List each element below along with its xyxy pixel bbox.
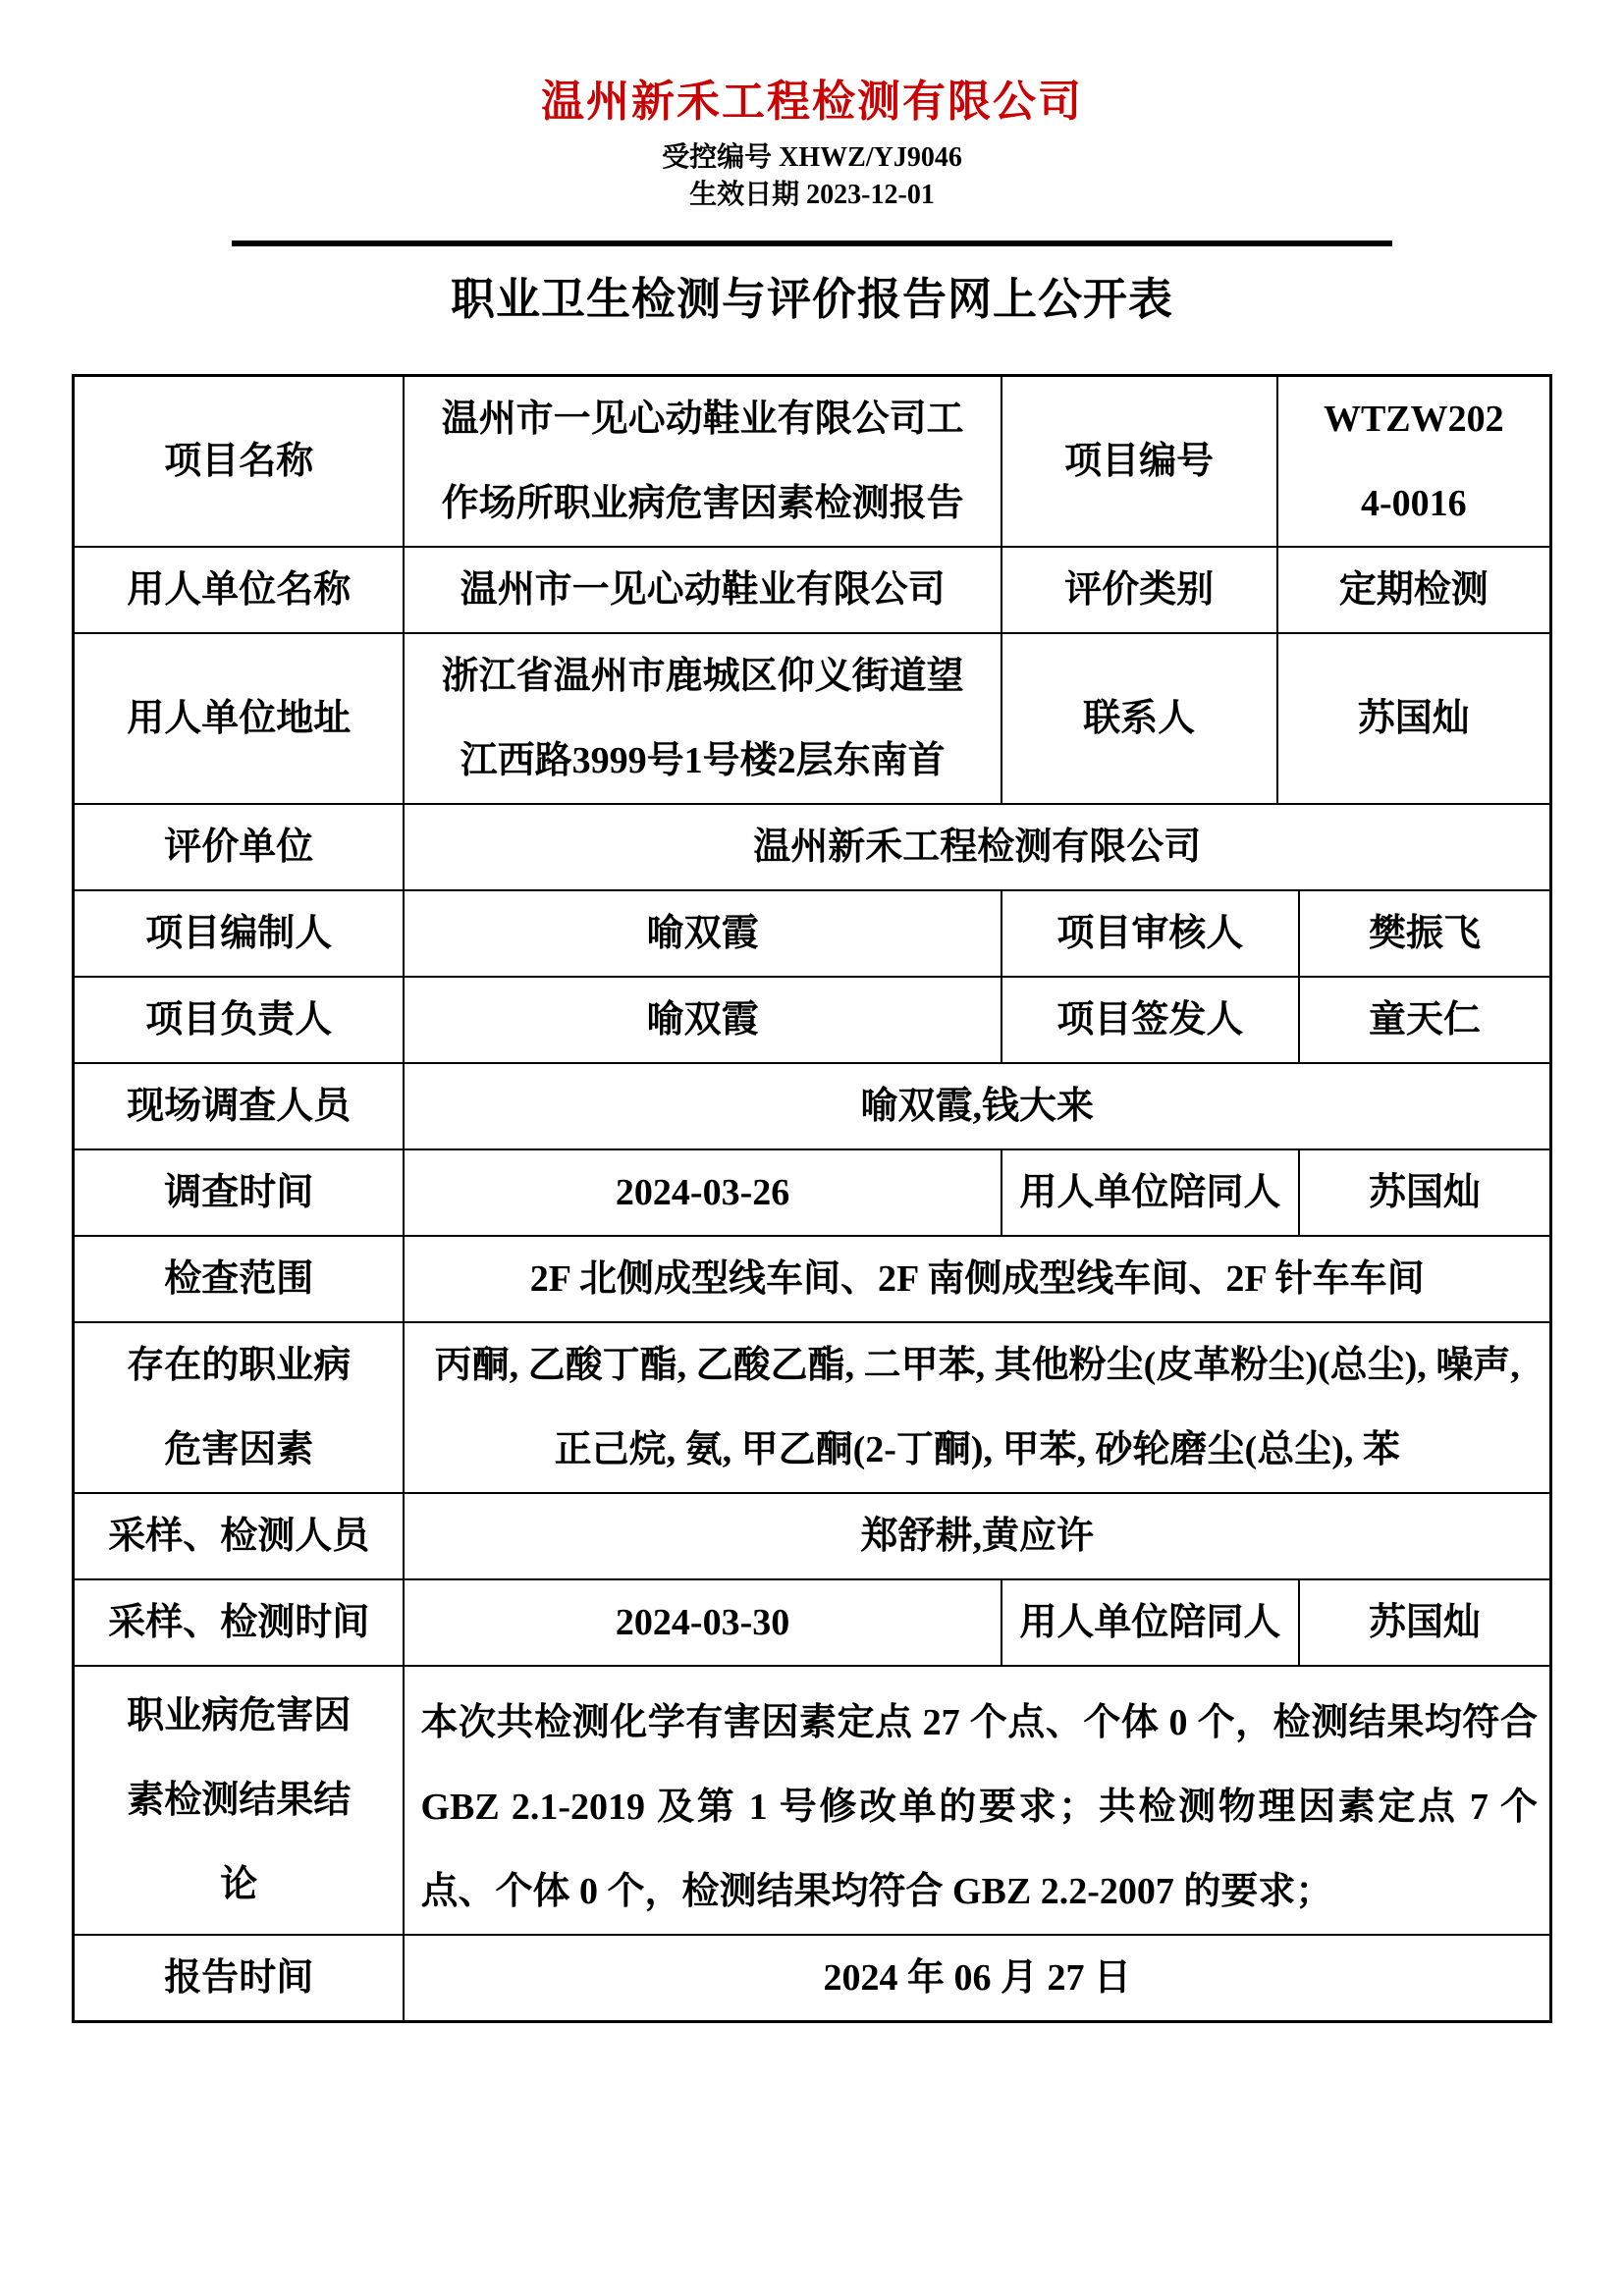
project-reviewer-value: 樊振飞 — [1300, 891, 1549, 976]
sampling-escort-label: 用人单位陪同人 — [1002, 1580, 1300, 1665]
hazard-factors-label: 存在的职业病危害因素 — [75, 1323, 405, 1492]
project-number-value: WTZW2024-0016 — [1278, 377, 1549, 546]
document-page: 温州新禾工程检测有限公司 受控编号 XHWZ/YJ9046 生效日期 2023-… — [0, 0, 1624, 2296]
control-number-label: 受控编号 — [662, 142, 772, 173]
site-investigators-label: 现场调查人员 — [75, 1064, 405, 1148]
effective-date-label: 生效日期 — [689, 180, 799, 210]
row-report-date: 报告时间 2024 年 06 月 27 日 — [75, 1936, 1549, 2020]
project-issuer-label: 项目签发人 — [1002, 978, 1300, 1062]
control-number-line: 受控编号 XHWZ/YJ9046 — [0, 139, 1624, 177]
evaluation-org-label: 评价单位 — [75, 805, 405, 889]
employer-address-label: 用人单位地址 — [75, 634, 405, 803]
header-divider — [232, 240, 1392, 246]
evaluation-type-label: 评价类别 — [1002, 548, 1278, 632]
row-employer-address: 用人单位地址 浙江省温州市鹿城区仰义街道望江西路3999号1号楼2层东南首 联系… — [75, 634, 1549, 805]
site-investigators-value: 喻双霞,钱大来 — [405, 1064, 1549, 1148]
employer-name-label: 用人单位名称 — [75, 548, 405, 632]
sampling-escort-value: 苏国灿 — [1300, 1580, 1549, 1665]
row-conclusion: 职业病危害因素检测结果结论 本次共检测化学有害因素定点 27 个点、个体 0 个… — [75, 1667, 1549, 1936]
investigation-date-value: 2024-03-26 — [405, 1150, 1001, 1235]
evaluation-type-value: 定期检测 — [1278, 548, 1549, 632]
inspection-scope-value: 2F 北侧成型线车间、2F 南侧成型线车间、2F 针车车间 — [405, 1237, 1549, 1321]
investigation-escort-value: 苏国灿 — [1300, 1150, 1549, 1235]
row-project-leader: 项目负责人 喻双霞 项目签发人 童天仁 — [75, 978, 1549, 1064]
project-reviewer-label: 项目审核人 — [1002, 891, 1300, 976]
hazard-factors-value: 丙酮, 乙酸丁酯, 乙酸乙酯, 二甲苯, 其他粉尘(皮革粉尘)(总尘), 噪声,… — [405, 1323, 1549, 1492]
employer-address-value: 浙江省温州市鹿城区仰义街道望江西路3999号1号楼2层东南首 — [405, 634, 1001, 803]
evaluation-org-value: 温州新禾工程检测有限公司 — [405, 805, 1549, 889]
row-investigation-date: 调查时间 2024-03-26 用人单位陪同人 苏国灿 — [75, 1150, 1549, 1237]
row-project-name: 项目名称 温州市一见心动鞋业有限公司工作场所职业病危害因素检测报告 项目编号 W… — [75, 377, 1549, 548]
row-project-compiler: 项目编制人 喻双霞 项目审核人 樊振飞 — [75, 891, 1549, 978]
contact-person-value: 苏国灿 — [1278, 634, 1549, 803]
inspection-scope-label: 检查范围 — [75, 1237, 405, 1321]
sampling-personnel-value: 郑舒耕,黄应许 — [405, 1494, 1549, 1578]
project-compiler-value: 喻双霞 — [405, 891, 1001, 976]
conclusion-value: 本次共检测化学有害因素定点 27 个点、个体 0 个，检测结果均符合 GBZ 2… — [405, 1667, 1549, 1934]
company-name: 温州新禾工程检测有限公司 — [0, 77, 1624, 128]
effective-date-value: 2023-12-01 — [806, 180, 935, 210]
row-inspection-scope: 检查范围 2F 北侧成型线车间、2F 南侧成型线车间、2F 针车车间 — [75, 1237, 1549, 1323]
project-leader-label: 项目负责人 — [75, 978, 405, 1062]
project-name-value: 温州市一见心动鞋业有限公司工作场所职业病危害因素检测报告 — [405, 377, 1001, 546]
project-leader-value: 喻双霞 — [405, 978, 1001, 1062]
project-number-label: 项目编号 — [1002, 377, 1278, 546]
report-date-value: 2024 年 06 月 27 日 — [405, 1936, 1549, 2020]
row-employer-name: 用人单位名称 温州市一见心动鞋业有限公司 评价类别 定期检测 — [75, 548, 1549, 634]
report-date-label: 报告时间 — [75, 1936, 405, 2020]
row-site-investigators: 现场调查人员 喻双霞,钱大来 — [75, 1064, 1549, 1150]
row-hazard-factors: 存在的职业病危害因素 丙酮, 乙酸丁酯, 乙酸乙酯, 二甲苯, 其他粉尘(皮革粉… — [75, 1323, 1549, 1494]
conclusion-label: 职业病危害因素检测结果结论 — [75, 1667, 405, 1934]
row-evaluation-org: 评价单位 温州新禾工程检测有限公司 — [75, 805, 1549, 891]
effective-date-line: 生效日期 2023-12-01 — [0, 177, 1624, 214]
report-table: 项目名称 温州市一见心动鞋业有限公司工作场所职业病危害因素检测报告 项目编号 W… — [72, 374, 1552, 2023]
investigation-escort-label: 用人单位陪同人 — [1002, 1150, 1300, 1235]
sampling-personnel-label: 采样、检测人员 — [75, 1494, 405, 1578]
sampling-date-value: 2024-03-30 — [405, 1580, 1001, 1665]
form-title: 职业卫生检测与评价报告网上公开表 — [0, 274, 1624, 325]
investigation-date-label: 调查时间 — [75, 1150, 405, 1235]
control-number-value: XHWZ/YJ9046 — [779, 142, 962, 173]
sampling-date-label: 采样、检测时间 — [75, 1580, 405, 1665]
project-compiler-label: 项目编制人 — [75, 891, 405, 976]
project-issuer-value: 童天仁 — [1300, 978, 1549, 1062]
employer-name-value: 温州市一见心动鞋业有限公司 — [405, 548, 1001, 632]
project-name-label: 项目名称 — [75, 377, 405, 546]
contact-person-label: 联系人 — [1002, 634, 1278, 803]
row-sampling-personnel: 采样、检测人员 郑舒耕,黄应许 — [75, 1494, 1549, 1580]
row-sampling-date: 采样、检测时间 2024-03-30 用人单位陪同人 苏国灿 — [75, 1580, 1549, 1667]
